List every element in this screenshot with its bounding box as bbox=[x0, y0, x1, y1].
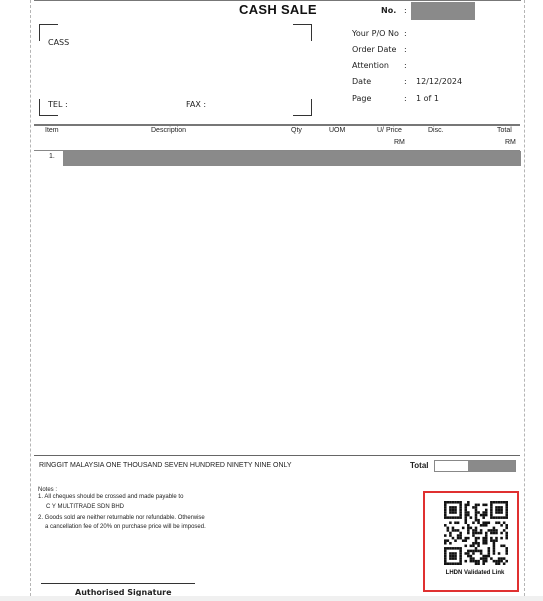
qr-code-icon[interactable] bbox=[444, 501, 508, 565]
page-right-edge bbox=[524, 0, 525, 601]
note-line: a cancellation fee of 20% on purchase pr… bbox=[45, 524, 206, 530]
address-bracket-tr bbox=[293, 24, 312, 41]
no-label: No. bbox=[381, 6, 396, 15]
meta-label-attention: Attention bbox=[352, 61, 389, 70]
top-rule bbox=[34, 0, 521, 1]
tel-label: TEL : bbox=[48, 100, 68, 109]
col-description: Description bbox=[151, 127, 186, 134]
note-line: 2. Goods sold are neither returnable nor… bbox=[38, 515, 205, 521]
customer-name: CASS bbox=[48, 38, 69, 47]
col-item: Item bbox=[45, 127, 59, 134]
meta-label-order-date: Order Date bbox=[352, 45, 396, 54]
row-content-redacted bbox=[63, 151, 521, 166]
meta-label-page: Page bbox=[352, 94, 371, 103]
viewer-bottom-bar bbox=[0, 596, 543, 601]
col-total-unit: RM bbox=[505, 139, 516, 146]
col-qty: Qty bbox=[291, 127, 302, 134]
amount-in-words: RINGGIT MALAYSIA ONE THOUSAND SEVEN HUND… bbox=[39, 462, 292, 469]
col-uprice-unit: RM bbox=[394, 139, 405, 146]
table-header-rule bbox=[34, 124, 520, 126]
meta-value-page: 1 of 1 bbox=[416, 94, 439, 103]
document-title: CASH SALE bbox=[239, 2, 317, 17]
col-total: Total bbox=[497, 127, 512, 134]
notes-heading: Notes : bbox=[38, 487, 57, 493]
qr-caption: LHDN Validated Link bbox=[437, 570, 513, 576]
meta-value-date: 12/12/2024 bbox=[416, 77, 462, 86]
col-uprice: U/ Price bbox=[377, 127, 402, 134]
footer-rule bbox=[34, 455, 520, 456]
page-left-edge bbox=[30, 0, 31, 601]
document-number-redacted bbox=[411, 2, 475, 20]
meta-sep: : bbox=[404, 77, 407, 86]
note-line: 1. All cheques should be crossed and mad… bbox=[38, 494, 183, 500]
meta-label-date: Date bbox=[352, 77, 371, 86]
meta-sep: : bbox=[404, 94, 407, 103]
no-colon: : bbox=[404, 6, 407, 15]
meta-sep: : bbox=[404, 45, 407, 54]
row-item-number: 1. bbox=[49, 153, 55, 160]
fax-label: FAX : bbox=[186, 100, 206, 109]
meta-sep: : bbox=[404, 61, 407, 70]
meta-label-po: Your P/O No bbox=[352, 29, 399, 38]
total-value-redacted bbox=[468, 461, 515, 471]
meta-sep: : bbox=[404, 29, 407, 38]
col-uom: UOM bbox=[329, 127, 345, 134]
note-line: C Y MULTITRADE SDN BHD bbox=[46, 504, 124, 510]
col-disc: Disc. bbox=[428, 127, 444, 134]
signature-line bbox=[41, 583, 195, 584]
total-field bbox=[434, 460, 516, 472]
total-label: Total bbox=[410, 461, 429, 470]
address-bracket-br bbox=[293, 99, 312, 116]
